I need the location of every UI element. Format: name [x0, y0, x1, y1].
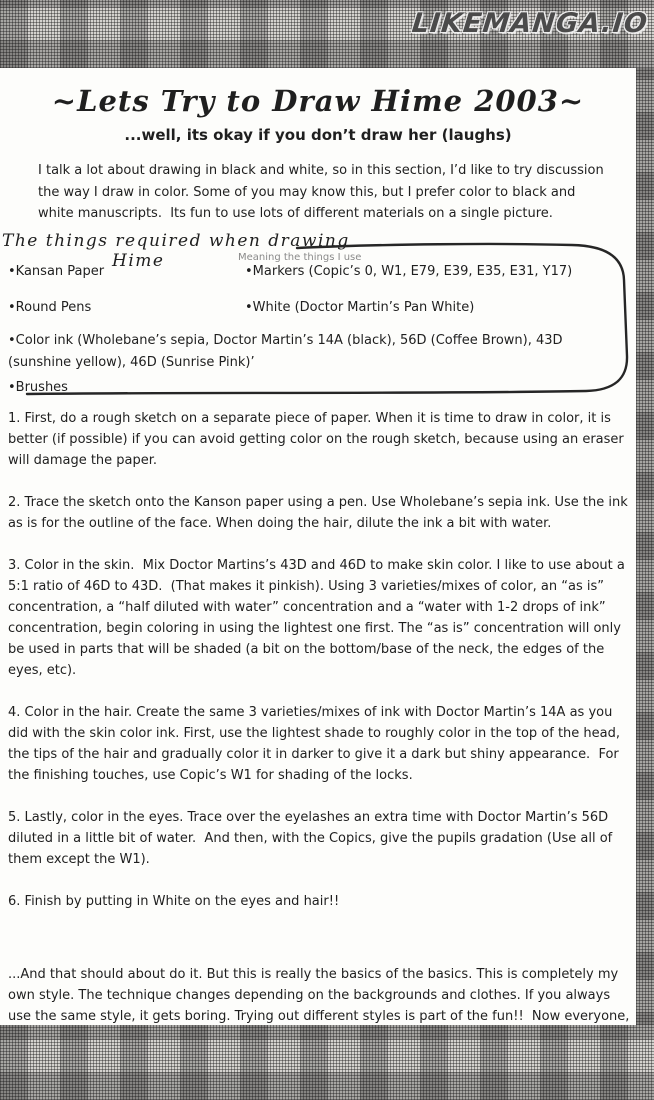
instruction-steps: 1. First, do a rough sketch on a separat… — [8, 408, 630, 1069]
plaid-border-bottom — [0, 1025, 654, 1100]
step-6: 6. Finish by putting in White on the eye… — [8, 891, 630, 912]
material-item-kansan-paper: •Kansan Paper — [8, 264, 104, 279]
manga-page-content: ~Lets Try to Draw Hime 2003~ ...well, it… — [0, 68, 636, 1025]
step-4: 4. Color in the hair. Create the same 3 … — [8, 702, 630, 786]
site-watermark: LIKEMANGA.IO — [411, 8, 650, 39]
step-3: 3. Color in the skin. Mix Doctor Martins… — [8, 555, 630, 681]
page-subtitle: ...well, its okay if you don’t draw her … — [0, 126, 636, 144]
plaid-border-right — [636, 0, 654, 1100]
material-item-brushes: •Brushes — [8, 380, 68, 395]
material-item-round-pens: •Round Pens — [8, 300, 91, 315]
material-item-color-ink: •Color ink (Wholebane’s sepia, Doctor Ma… — [8, 330, 624, 374]
material-item-white: •White (Doctor Martin’s Pan White) — [245, 300, 474, 315]
intro-paragraph: I talk a lot about drawing in black and … — [38, 160, 604, 225]
step-5: 5. Lastly, color in the eyes. Trace over… — [8, 807, 630, 870]
step-2: 2. Trace the sketch onto the Kanson pape… — [8, 492, 630, 534]
step-1: 1. First, do a rough sketch on a separat… — [8, 408, 630, 471]
page-title: ~Lets Try to Draw Hime 2003~ — [0, 84, 636, 118]
material-item-markers: •Markers (Copic’s 0, W1, E79, E39, E35, … — [245, 264, 572, 279]
